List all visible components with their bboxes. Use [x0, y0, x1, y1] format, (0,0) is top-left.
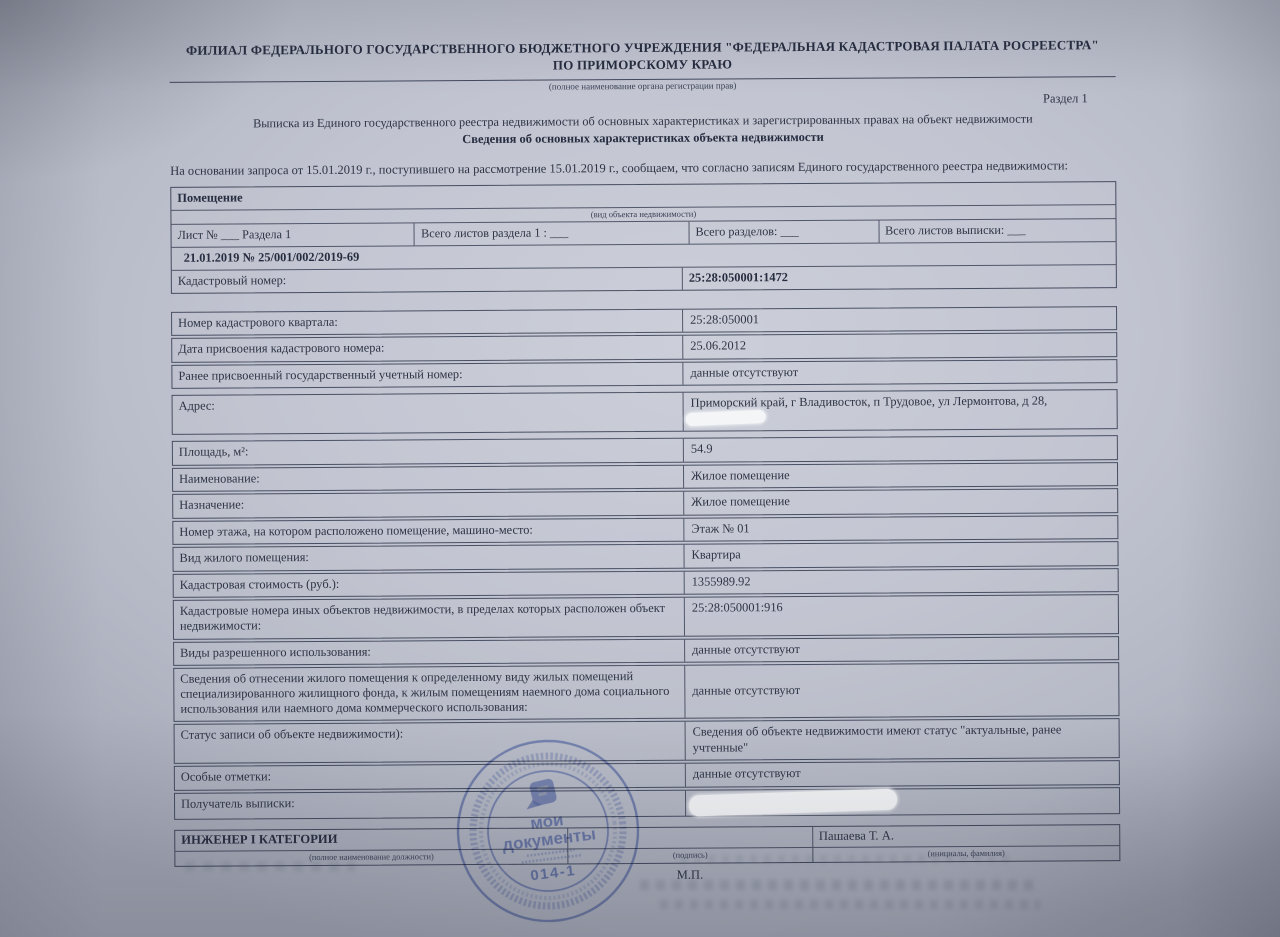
table-row: Виды разрешенного использования: данные … — [173, 636, 1119, 666]
signatory-name: Пашаева Т. А. — [812, 825, 1119, 847]
sections-total-cell: Всего разделов: ___ — [688, 220, 878, 243]
redaction-mark — [685, 410, 765, 426]
row-value: Квартира — [684, 542, 1117, 567]
row-label: Назначение: — [173, 492, 684, 518]
row-label: Сведения об отнесении жилого помещения к… — [174, 666, 685, 721]
sheet-number-cell: Лист № ___ Раздела 1 — [172, 223, 415, 246]
row-value: данные отсутствуют — [685, 637, 1118, 662]
row-label: Кадастровая стоимость (руб.): — [174, 571, 685, 597]
table-row: Особые отметки: данные отсутствуют — [174, 760, 1120, 790]
table-row: Сведения об отнесении жилого помещения к… — [173, 662, 1119, 722]
mfc-round-stamp: мои документы 014-1 — [441, 724, 655, 937]
table-row: Кадастровые номера иных объектов недвижи… — [173, 594, 1119, 639]
table-row: Ранее присвоенный государственный учетны… — [171, 359, 1117, 389]
row-value: 25:28:050001 — [683, 307, 1116, 332]
row-value: Жилое помещение — [684, 463, 1117, 488]
intro-paragraph: На основании запроса от 15.01.2019 г., п… — [170, 158, 1116, 179]
row-label: Площадь, м²: — [173, 439, 684, 465]
sheets-total-cell: Всего листов раздела 1 : ___ — [414, 221, 689, 245]
redaction-mark — [689, 788, 898, 816]
section-label: Раздел 1 — [170, 91, 1116, 112]
table-row: Кадастровая стоимость (руб.): 1355989.92 — [173, 568, 1119, 598]
row-value: данные отсутствуют — [685, 663, 1118, 718]
extract-sheets-cell: Всего листов выписки: ___ — [878, 219, 1116, 242]
name-caption: (инициалы, фамилия) — [812, 846, 1119, 862]
row-value: Этаж № 01 — [684, 516, 1117, 541]
row-value: 54.9 — [684, 436, 1117, 461]
row-label: Виды разрешенного использования: — [174, 639, 685, 665]
photographed-document: ФИЛИАЛ ФЕДЕРАЛЬНОГО ГОСУДАРСТВЕННОГО БЮД… — [0, 0, 1280, 937]
cadastral-number-label: Кадастровый номер: — [172, 268, 683, 293]
table-row: Статус записи об объекте недвижимости): … — [174, 718, 1120, 764]
table-row: Наименование: Жилое помещение — [172, 462, 1118, 492]
row-value: данные отсутствуют — [683, 360, 1116, 385]
table-row: Номер кадастрового квартала: 25:28:05000… — [171, 306, 1117, 336]
row-label: Адрес: — [173, 393, 684, 434]
stamp-number: 014-1 — [529, 862, 577, 884]
row-label: Дата присвоения кадастрового номера: — [172, 336, 683, 362]
table-row: Назначение: Жилое помещение — [172, 488, 1118, 518]
table-row: Адрес: Приморский край, г Владивосток, п… — [172, 389, 1118, 435]
row-value — [686, 788, 1119, 816]
row-label: Номер этажа, на котором расположено поме… — [173, 518, 684, 544]
table-row: Номер этажа, на котором расположено поме… — [172, 515, 1118, 545]
document-subtitle: Сведения об основных характеристиках объ… — [170, 128, 1116, 149]
row-value: Приморский край, г Владивосток, п Трудов… — [684, 390, 1117, 431]
row-label: Наименование: — [173, 465, 684, 491]
table-row: Площадь, м²: 54.9 — [172, 435, 1118, 465]
table-row: Вид жилого помещения: Квартира — [172, 541, 1118, 571]
row-label: Ранее присвоенный государственный учетны… — [172, 362, 683, 388]
row-value: Сведения об объекте недвижимости имеют с… — [686, 719, 1119, 760]
table-row: Получатель выписки: — [174, 787, 1120, 820]
row-value: 25:28:050001:916 — [685, 595, 1118, 635]
org-header: ФИЛИАЛ ФЕДЕРАЛЬНОГО ГОСУДАРСТВЕННОГО БЮД… — [169, 37, 1115, 77]
moi-dokumenty-logo-icon — [521, 778, 558, 810]
table-row: Дата присвоения кадастрового номера: 25.… — [171, 332, 1117, 362]
row-value: 1355989.92 — [685, 569, 1118, 594]
row-value: Жилое помещение — [684, 489, 1117, 514]
row-label: Номер кадастрового квартала: — [172, 309, 683, 335]
row-label: Кадастровые номера иных объектов недвижи… — [174, 598, 685, 638]
row-value: данные отсутствуют — [686, 761, 1119, 786]
address-text: Приморский край, г Владивосток, п Трудов… — [691, 394, 1048, 410]
cadastral-number-value: 25:28:050001:1472 — [683, 265, 1116, 290]
stamp-logo-line2: документы — [501, 824, 597, 854]
row-value: 25.06.2012 — [683, 333, 1116, 358]
head-table: Помещение (вид объекта недвижимости) Лис… — [170, 181, 1117, 294]
row-label: Вид жилого помещения: — [173, 545, 684, 571]
